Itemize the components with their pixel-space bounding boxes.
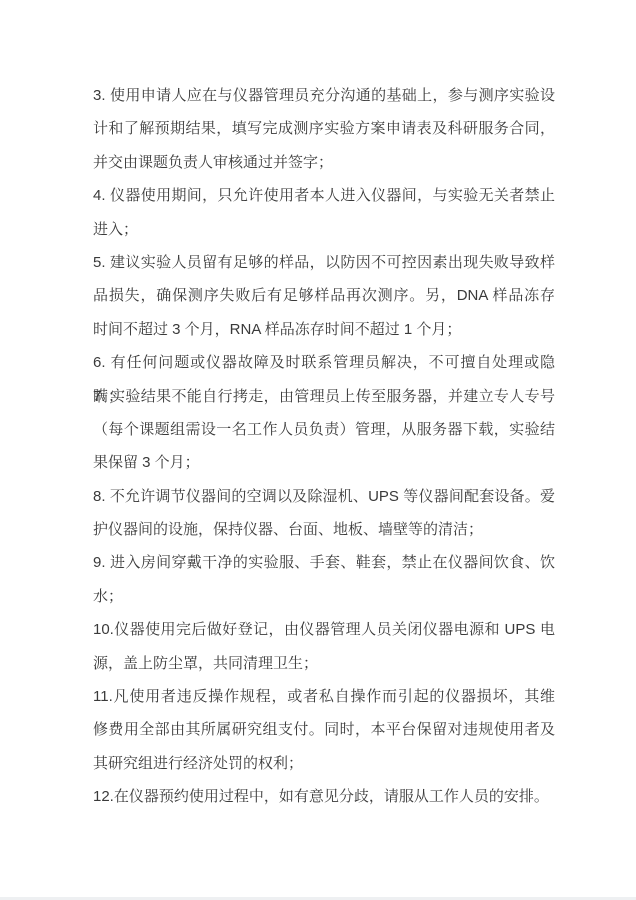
text-line: 时间不超过 3 个月，RNA 样品冻存时间不超过 1 个月； — [93, 313, 555, 346]
rules-text-block: 3. 使用申请人应在与仪器管理员充分沟通的基础上，参与测序实验设 计和了解预期结… — [93, 79, 555, 814]
text-line: （每个课题组需设一名工作人员负责）管理，从服务器下载，实验结 — [93, 413, 555, 446]
text-line: 计和了解预期结果，填写完成测序实验方案申请表及科研服务合同， — [93, 112, 555, 145]
rule-item-4: 4. 仪器使用期间，只允许使用者本人进入仪器间，与实验无关者禁止 进入； — [93, 179, 555, 246]
text-line: 6. 有任何问题或仪器故障及时联系管理员解决，不可擅自处理或隐瞒； — [93, 346, 555, 379]
document-page: 3. 使用申请人应在与仪器管理员充分沟通的基础上，参与测序实验设 计和了解预期结… — [0, 0, 636, 900]
text-line: 10.仪器使用完后做好登记，由仪器管理人员关闭仪器电源和 UPS 电 — [93, 613, 555, 646]
text-line: 果保留 3 个月； — [93, 446, 555, 479]
text-line: 修费用全部由其所属研究组支付。同时，本平台保留对违规使用者及 — [93, 713, 555, 746]
text-line: 并交由课题负责人审核通过并签字； — [93, 146, 555, 179]
text-line: 水； — [93, 580, 555, 613]
text-line: 7. 实验结果不能自行拷走，由管理员上传至服务器，并建立专人专号 — [93, 380, 555, 413]
rule-item-7: 7. 实验结果不能自行拷走，由管理员上传至服务器，并建立专人专号 （每个课题组需… — [93, 380, 555, 480]
text-line: 3. 使用申请人应在与仪器管理员充分沟通的基础上，参与测序实验设 — [93, 79, 555, 112]
rule-item-12: 12.在仪器预约使用过程中，如有意见分歧，请服从工作人员的安排。 — [93, 780, 555, 813]
text-line: 9. 进入房间穿戴干净的实验服、手套、鞋套，禁止在仪器间饮食、饮 — [93, 546, 555, 579]
text-line: 品损失，确保测序失败后有足够样品再次测序。另，DNA 样品冻存 — [93, 279, 555, 312]
text-line: 12.在仪器预约使用过程中，如有意见分歧，请服从工作人员的安排。 — [93, 780, 555, 813]
text-line: 8. 不允许调节仪器间的空调以及除湿机、UPS 等仪器间配套设备。爱 — [93, 480, 555, 513]
text-line: 源，盖上防尘罩，共同清理卫生； — [93, 647, 555, 680]
rule-item-3: 3. 使用申请人应在与仪器管理员充分沟通的基础上，参与测序实验设 计和了解预期结… — [93, 79, 555, 179]
rule-item-5: 5. 建议实验人员留有足够的样品，以防因不可控因素出现失败导致样 品损失，确保测… — [93, 246, 555, 346]
text-line: 11.凡使用者违反操作规程，或者私自操作而引起的仪器损坏，其维 — [93, 680, 555, 713]
text-line: 护仪器间的设施，保持仪器、台面、地板、墙壁等的清洁； — [93, 513, 555, 546]
rule-item-10: 10.仪器使用完后做好登记，由仪器管理人员关闭仪器电源和 UPS 电 源，盖上防… — [93, 613, 555, 680]
rule-item-6: 6. 有任何问题或仪器故障及时联系管理员解决，不可擅自处理或隐瞒； — [93, 346, 555, 379]
text-line: 4. 仪器使用期间，只允许使用者本人进入仪器间，与实验无关者禁止 — [93, 179, 555, 212]
text-line: 5. 建议实验人员留有足够的样品，以防因不可控因素出现失败导致样 — [93, 246, 555, 279]
rule-item-8: 8. 不允许调节仪器间的空调以及除湿机、UPS 等仪器间配套设备。爱 护仪器间的… — [93, 480, 555, 547]
text-line: 其研究组进行经济处罚的权利； — [93, 747, 555, 780]
text-line: 进入； — [93, 213, 555, 246]
rule-item-11: 11.凡使用者违反操作规程，或者私自操作而引起的仪器损坏，其维 修费用全部由其所… — [93, 680, 555, 780]
rule-item-9: 9. 进入房间穿戴干净的实验服、手套、鞋套，禁止在仪器间饮食、饮 水； — [93, 546, 555, 613]
